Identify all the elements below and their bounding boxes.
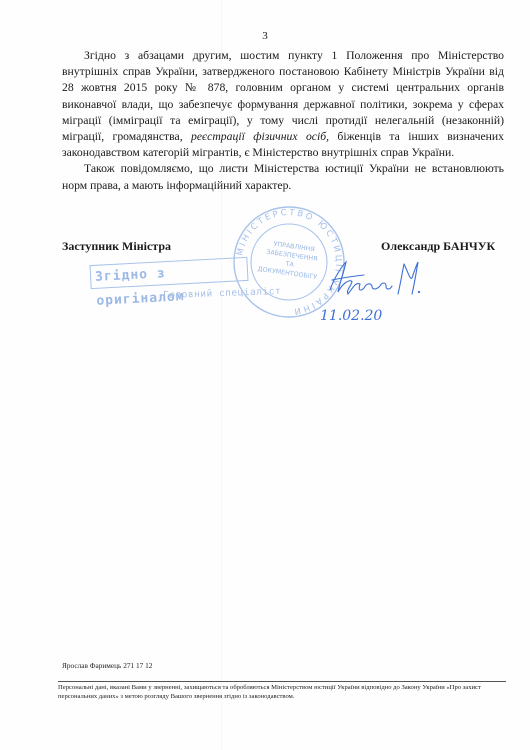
signatory-name: Олександр БАНЧУК [381,239,495,254]
document-page: 3 Згідно з абзацами другим, шостим пункт… [0,0,530,750]
svg-text:ТА: ТА [284,260,295,268]
page-number: 3 [0,30,530,42]
signatory-position: Заступник Міністра [62,239,171,254]
emphasized-text: реєстрації фізичних осіб, [191,130,329,143]
certified-copy-stamp: Згідно з оригіналом [89,257,248,289]
letter-body: Згідно з абзацами другим, шостим пункту … [62,48,504,194]
paragraph-notice: Також повідомляємо, що листи Міністерств… [62,161,504,193]
paragraph-ministry-authority: Згідно з абзацами другим, шостим пункту … [62,48,504,161]
footer-divider [58,681,506,682]
handwritten-signature: 11.02.20 [320,258,430,328]
svg-text:11.02.20: 11.02.20 [320,308,382,324]
privacy-notice: Персональні дані, вказані Вами у звернен… [58,683,508,701]
executor-contact: Ярослав Фаримець 271 17 12 [62,661,152,670]
paragraph-text: Згідно з абзацами другим, шостим пункту … [62,49,504,143]
svg-text:ДОКУМЕНТООБІГУ: ДОКУМЕНТООБІГУ [257,266,317,281]
